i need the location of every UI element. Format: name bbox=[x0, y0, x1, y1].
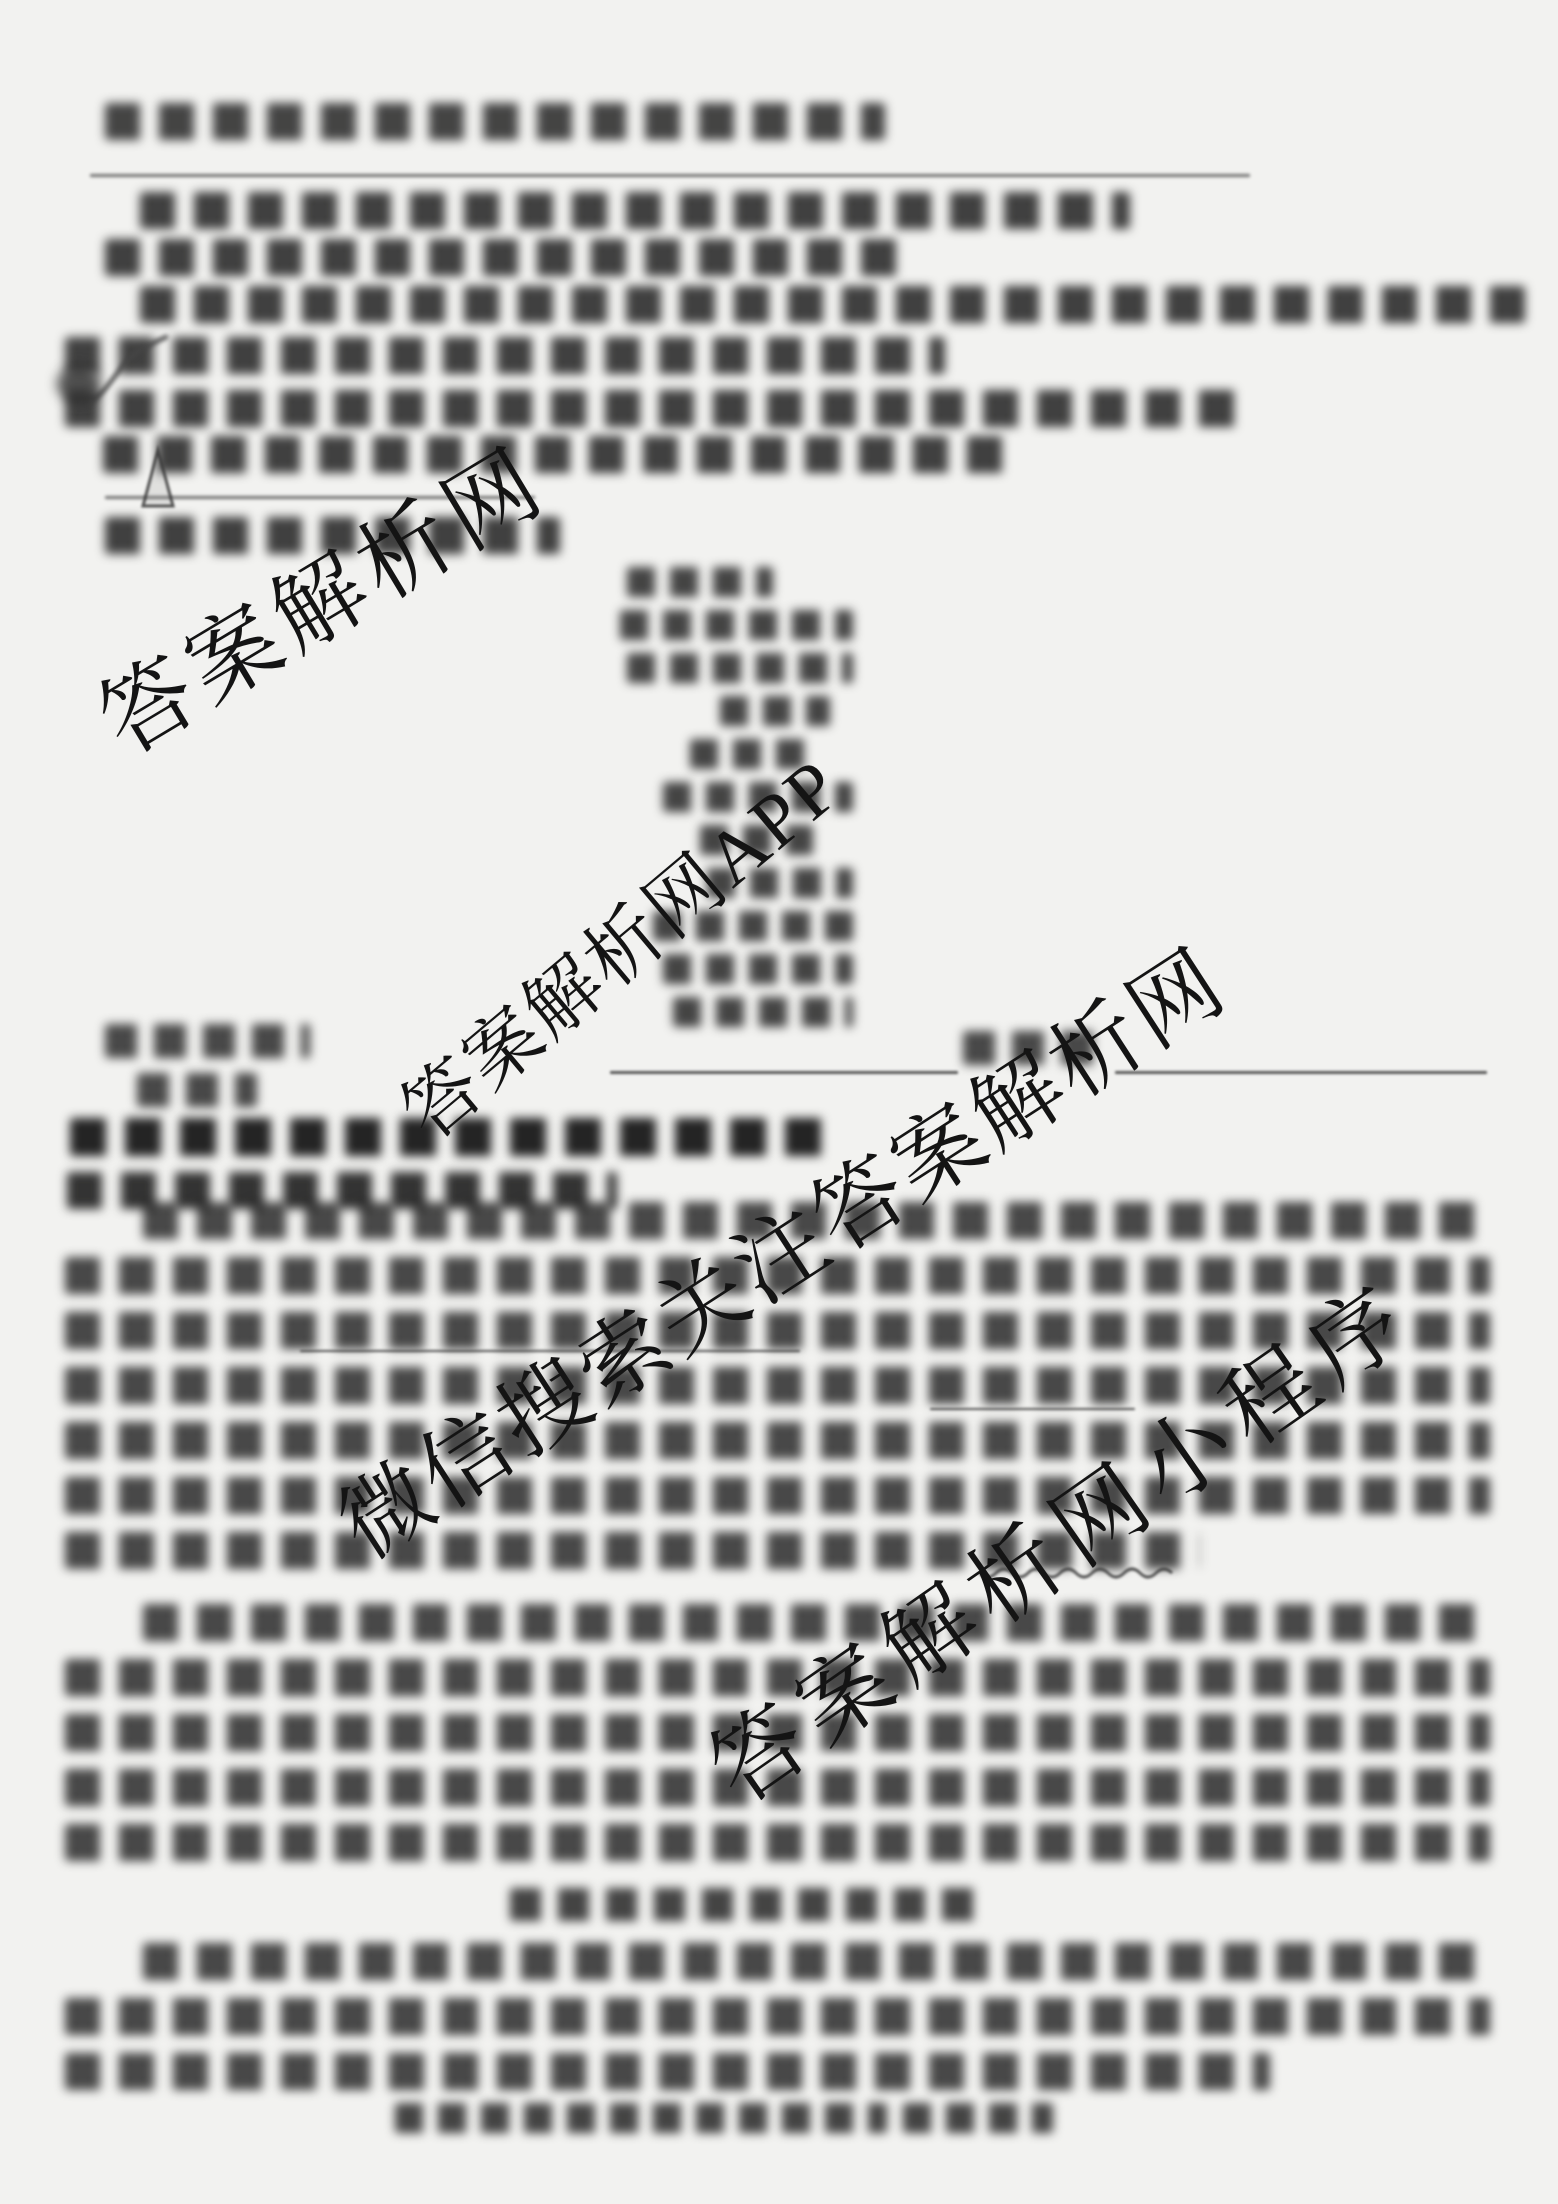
exam-paper-page: 答案解析网答案解析网APP微信搜索关注答案解析网答案解析网小程序 bbox=[0, 0, 1558, 2204]
wm-center: 答案解析网APP bbox=[389, 746, 854, 1154]
wm-top-left: 答案解析网 bbox=[85, 433, 561, 769]
watermark-layer: 答案解析网答案解析网APP微信搜索关注答案解析网答案解析网小程序 bbox=[0, 0, 1558, 2204]
wm-bottom-right: 答案解析网小程序 bbox=[696, 1266, 1430, 1819]
